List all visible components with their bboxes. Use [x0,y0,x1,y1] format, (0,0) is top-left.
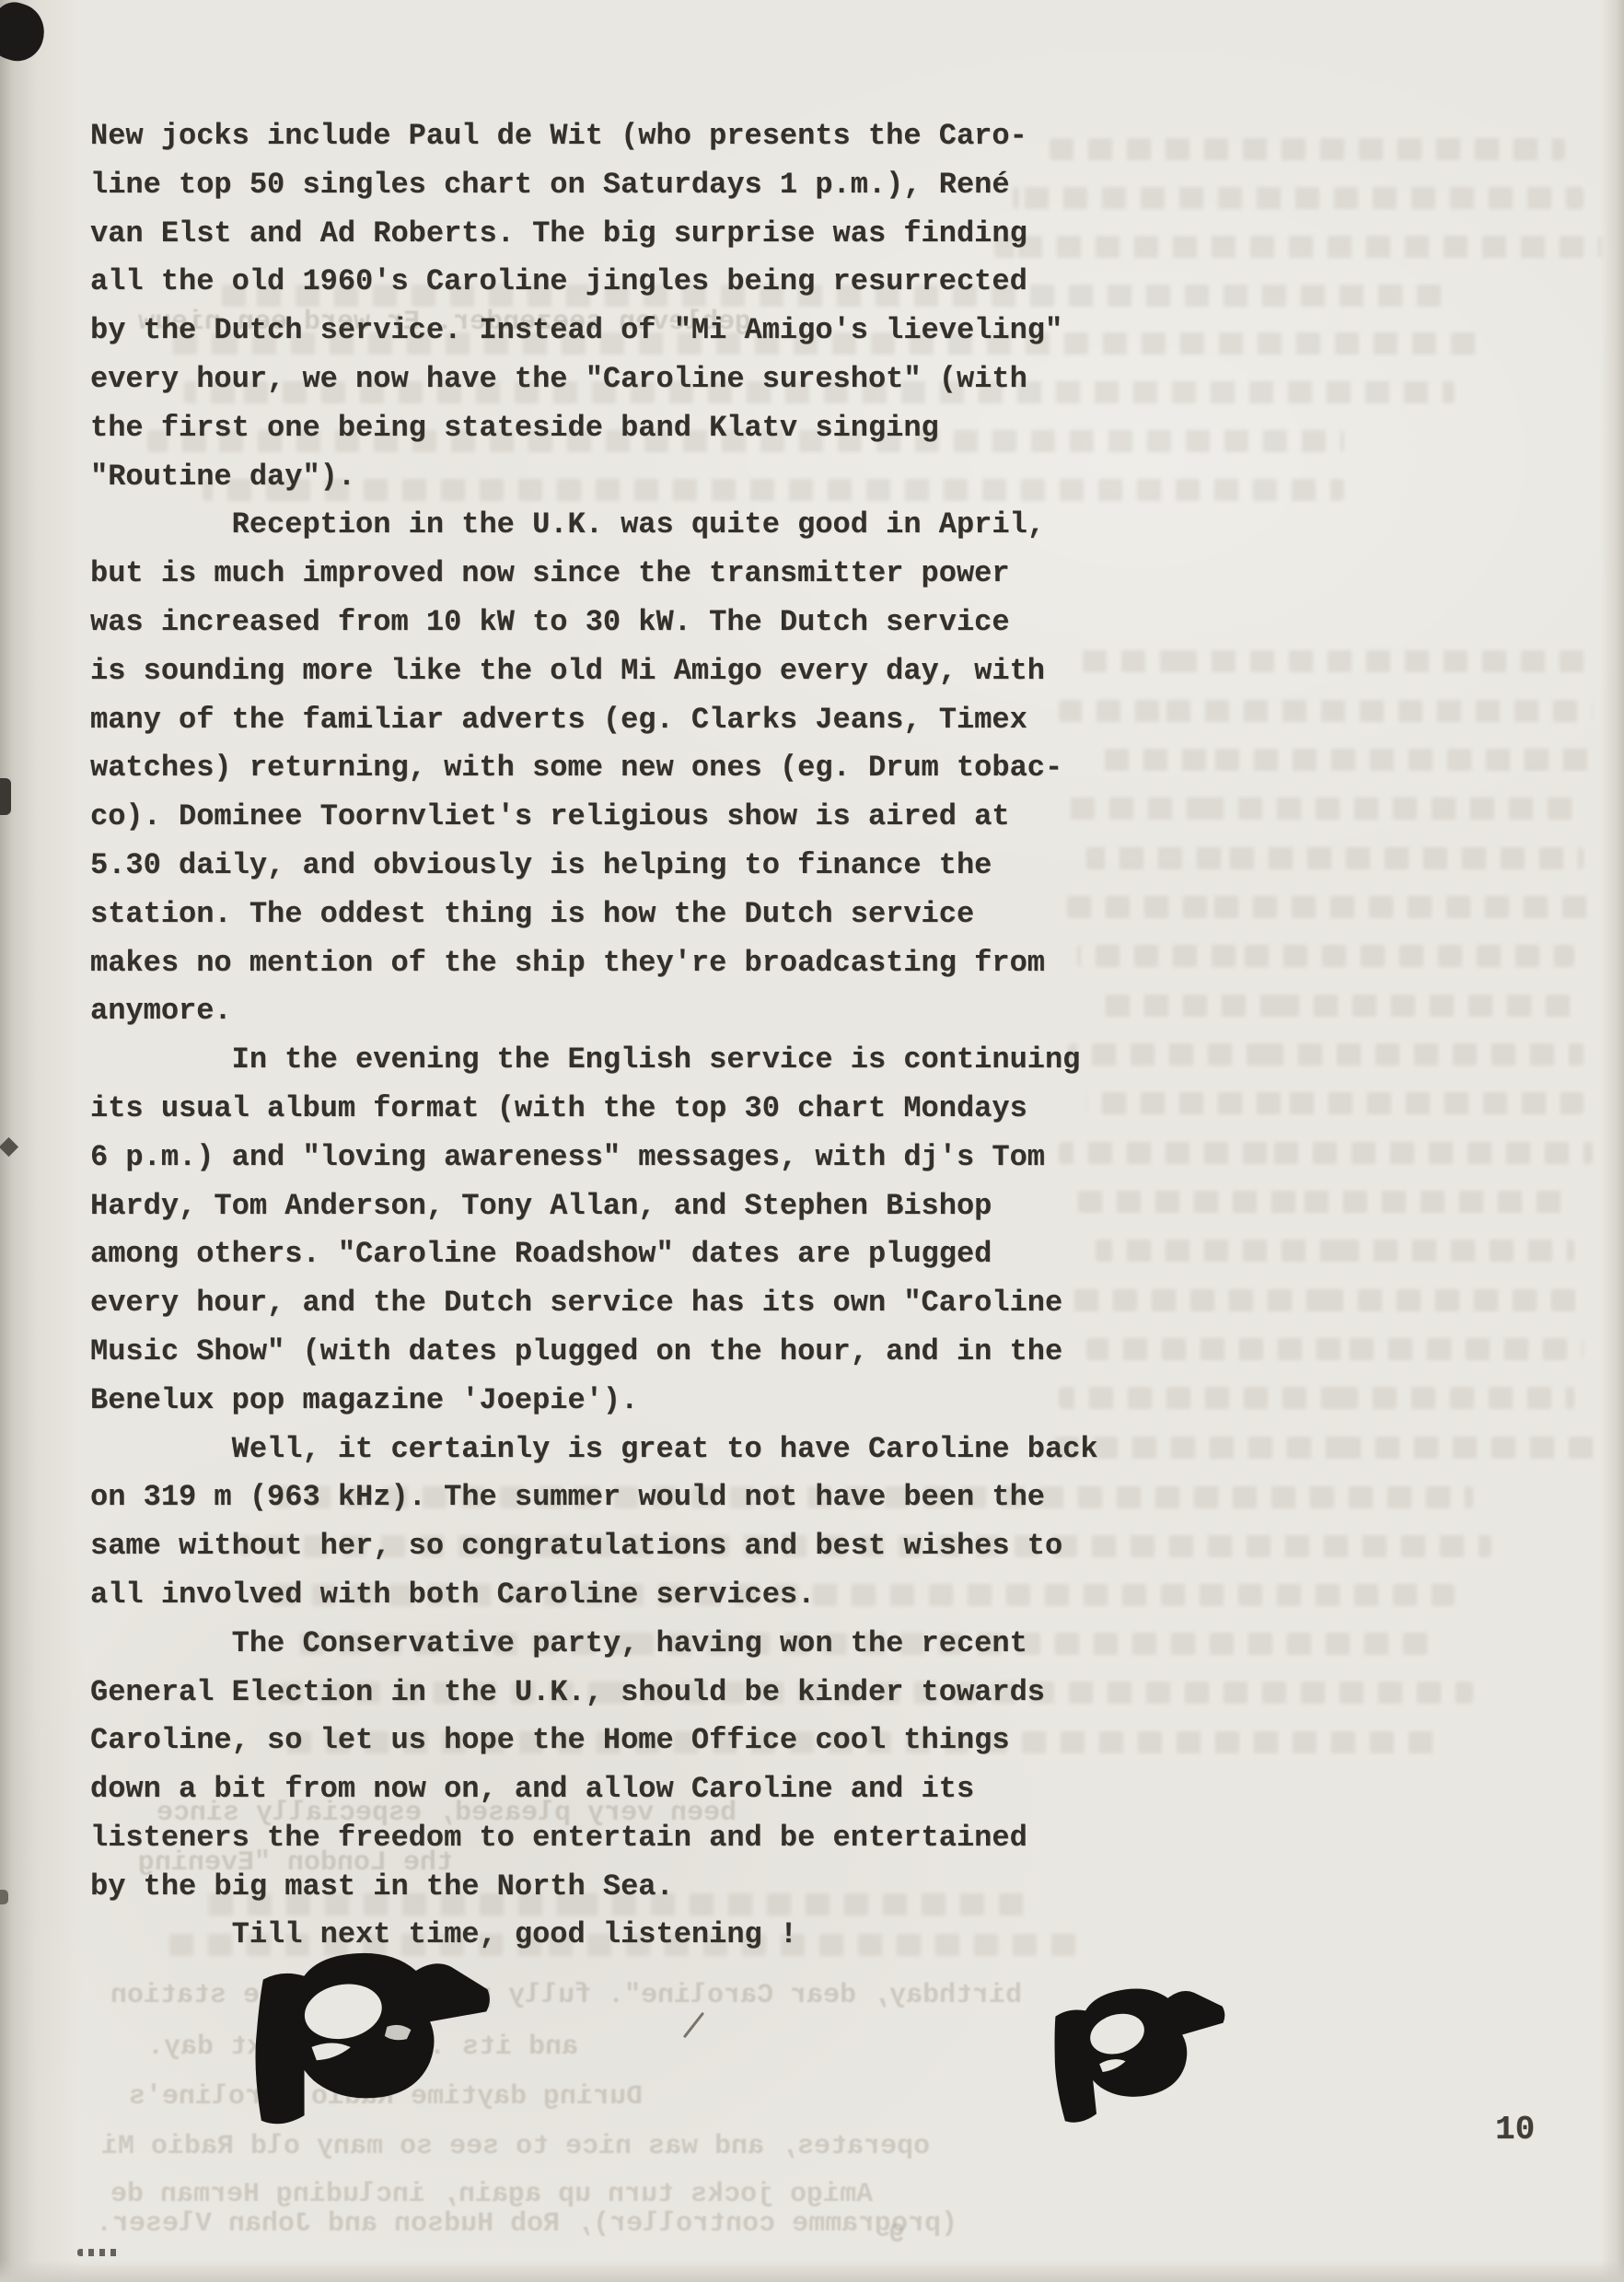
text-line: Hardy, Tom Anderson, Tony Allan, and Ste… [90,1182,1177,1231]
text-line: but is much improved now since the trans… [90,550,1177,599]
page-text: New jocks include Paul de Wit (who prese… [90,112,1177,1960]
bleedthrough-text: 9 [888,2219,905,2251]
text-line: among others. "Caroline Roadshow" dates … [90,1230,1177,1279]
text-line: is sounding more like the old Mi Amigo e… [90,647,1177,696]
bleedthrough-text: Amigo jocks turn up again, including Her… [110,2179,873,2210]
left-edge-mark [0,778,11,815]
text-line: by the big mast in the North Sea. [90,1863,1177,1912]
text-line: co). Dominee Toornvliet's religious show… [90,793,1177,842]
pointing-hand-stamp-right [1028,1971,1247,2148]
pointing-hand-icon [241,1929,493,2166]
text-line: Benelux pop magazine 'Joepie'). [90,1377,1177,1426]
page-bottom-edge-shadow [0,2260,1624,2282]
text-line: was increased from 10 kW to 30 kW. The D… [90,599,1177,647]
bleedthrough-text: birthday, dear Caroline". fully publicis… [110,1980,1022,2011]
text-line: The Conservative party, having won the r… [90,1620,1177,1669]
text-line: In the evening the English service is co… [90,1036,1177,1085]
pointing-hand-stamp-left [241,1929,493,2166]
text-line: on 319 m (963 kHz). The summer would not… [90,1473,1177,1522]
text-line: Well, it certainly is great to have Caro… [90,1426,1177,1474]
text-line: "Routine day"). [90,453,1177,502]
text-line: same without her, so congratulations and… [90,1522,1177,1571]
text-line: listeners the freedom to entertain and b… [90,1814,1177,1863]
scanned-page: gebleven seezender. Er werd een nieuwbee… [0,0,1624,2282]
page-right-edge-shadow [1600,0,1624,2282]
text-line: station. The oddest thing is how the Dut… [90,891,1177,939]
bottom-speck-marks [77,2249,120,2256]
left-edge-speck [0,1890,8,1904]
page-number: 10 [1495,2111,1535,2148]
text-line: General Election in the U.K., should be … [90,1669,1177,1717]
text-line: the first one being stateside band Klatv… [90,404,1177,453]
text-line: 6 p.m.) and "loving awareness" messages,… [90,1134,1177,1182]
bleedthrough-text: (programme controller), Rob Hudson and J… [96,2208,957,2240]
text-line: many of the familiar adverts (eg. Clarks… [90,696,1177,745]
text-line: makes no mention of the ship they're bro… [90,939,1177,988]
text-line: Reception in the U.K. was quite good in … [90,501,1177,550]
text-line: down a bit from now on, and allow Caroli… [90,1765,1177,1814]
pointing-hand-icon [1028,1971,1247,2148]
text-line: by the Dutch service. Instead of "Mi Ami… [90,307,1177,355]
text-line: 5.30 daily, and obviously is helping to … [90,842,1177,891]
text-line: anymore. [90,987,1177,1036]
text-line: all involved with both Caroline services… [90,1571,1177,1620]
text-line: its usual album format (with the top 30 … [90,1085,1177,1134]
text-line: every hour, and the Dutch service has it… [90,1279,1177,1328]
text-line: watches) returning, with some new ones (… [90,744,1177,793]
text-line: van Elst and Ad Roberts. The big surpris… [90,210,1177,259]
bleedthrough-text: operates, and was nice to see so many ol… [101,2131,930,2162]
text-line: every hour, we now have the "Caroline su… [90,355,1177,404]
text-line: New jocks include Paul de Wit (who prese… [90,112,1177,161]
text-line: Caroline, so let us hope the Home Office… [90,1717,1177,1765]
text-line: line top 50 singles chart on Saturdays 1… [90,161,1177,210]
text-line: Music Show" (with dates plugged on the h… [90,1328,1177,1377]
text-line: all the old 1960's Caroline jingles bein… [90,258,1177,307]
